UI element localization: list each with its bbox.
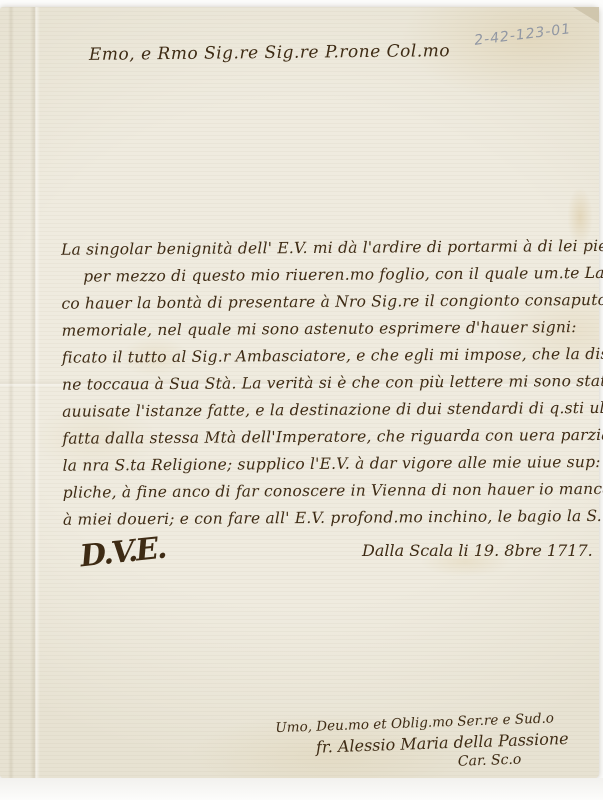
letter-line: fatta dalla stessa Mtà dell'Imperatore, … [62,422,548,452]
fold-crease-left-outer [8,7,14,778]
letter-line: pliche, à fine anco di far conoscere in … [63,476,549,506]
fold-crease-left [30,7,40,778]
letter-line: La singolar benignità dell' E.V. mi dà l… [61,233,547,263]
letter-line: co hauer la bontà di presentare à Nro Si… [61,287,547,317]
letter-line: per mezzo di questo mio riueren.mo fogli… [61,260,547,290]
letter-body: La singolar benignità dell' E.V. mi dà l… [61,233,549,533]
scanner-edge-bottom [0,778,603,800]
signature-block: Umo, Deu.mo et Oblig.mo Ser.re e Sud.o f… [275,710,569,776]
letter-line: ficato il tutto al Sig.r Ambasciatore, e… [62,341,548,371]
dateline: Dalla Scala li 19. 8bre 1717. [362,541,593,560]
letter-scan: 2-42-123-01 Emo, e Rmo Sig.re Sig.re P.r… [0,0,603,800]
paper-sheet: 2-42-123-01 Emo, e Rmo Sig.re Sig.re P.r… [0,7,599,778]
letter-line: auuisate l'istanze fatte, e la destinazi… [62,395,548,425]
letter-line: la nra S.ta Religione; supplico l'E.V. à… [62,449,548,479]
letter-line: ne toccaua à Sua Stà. La verità si è che… [62,368,548,398]
letter-line: à miei doueri; e con fare all' E.V. prof… [63,503,549,533]
letter-line: memoriale, nel quale mi sono astenuto es… [62,314,548,344]
corner-fold [573,7,599,23]
scanner-edge-top [0,0,603,7]
